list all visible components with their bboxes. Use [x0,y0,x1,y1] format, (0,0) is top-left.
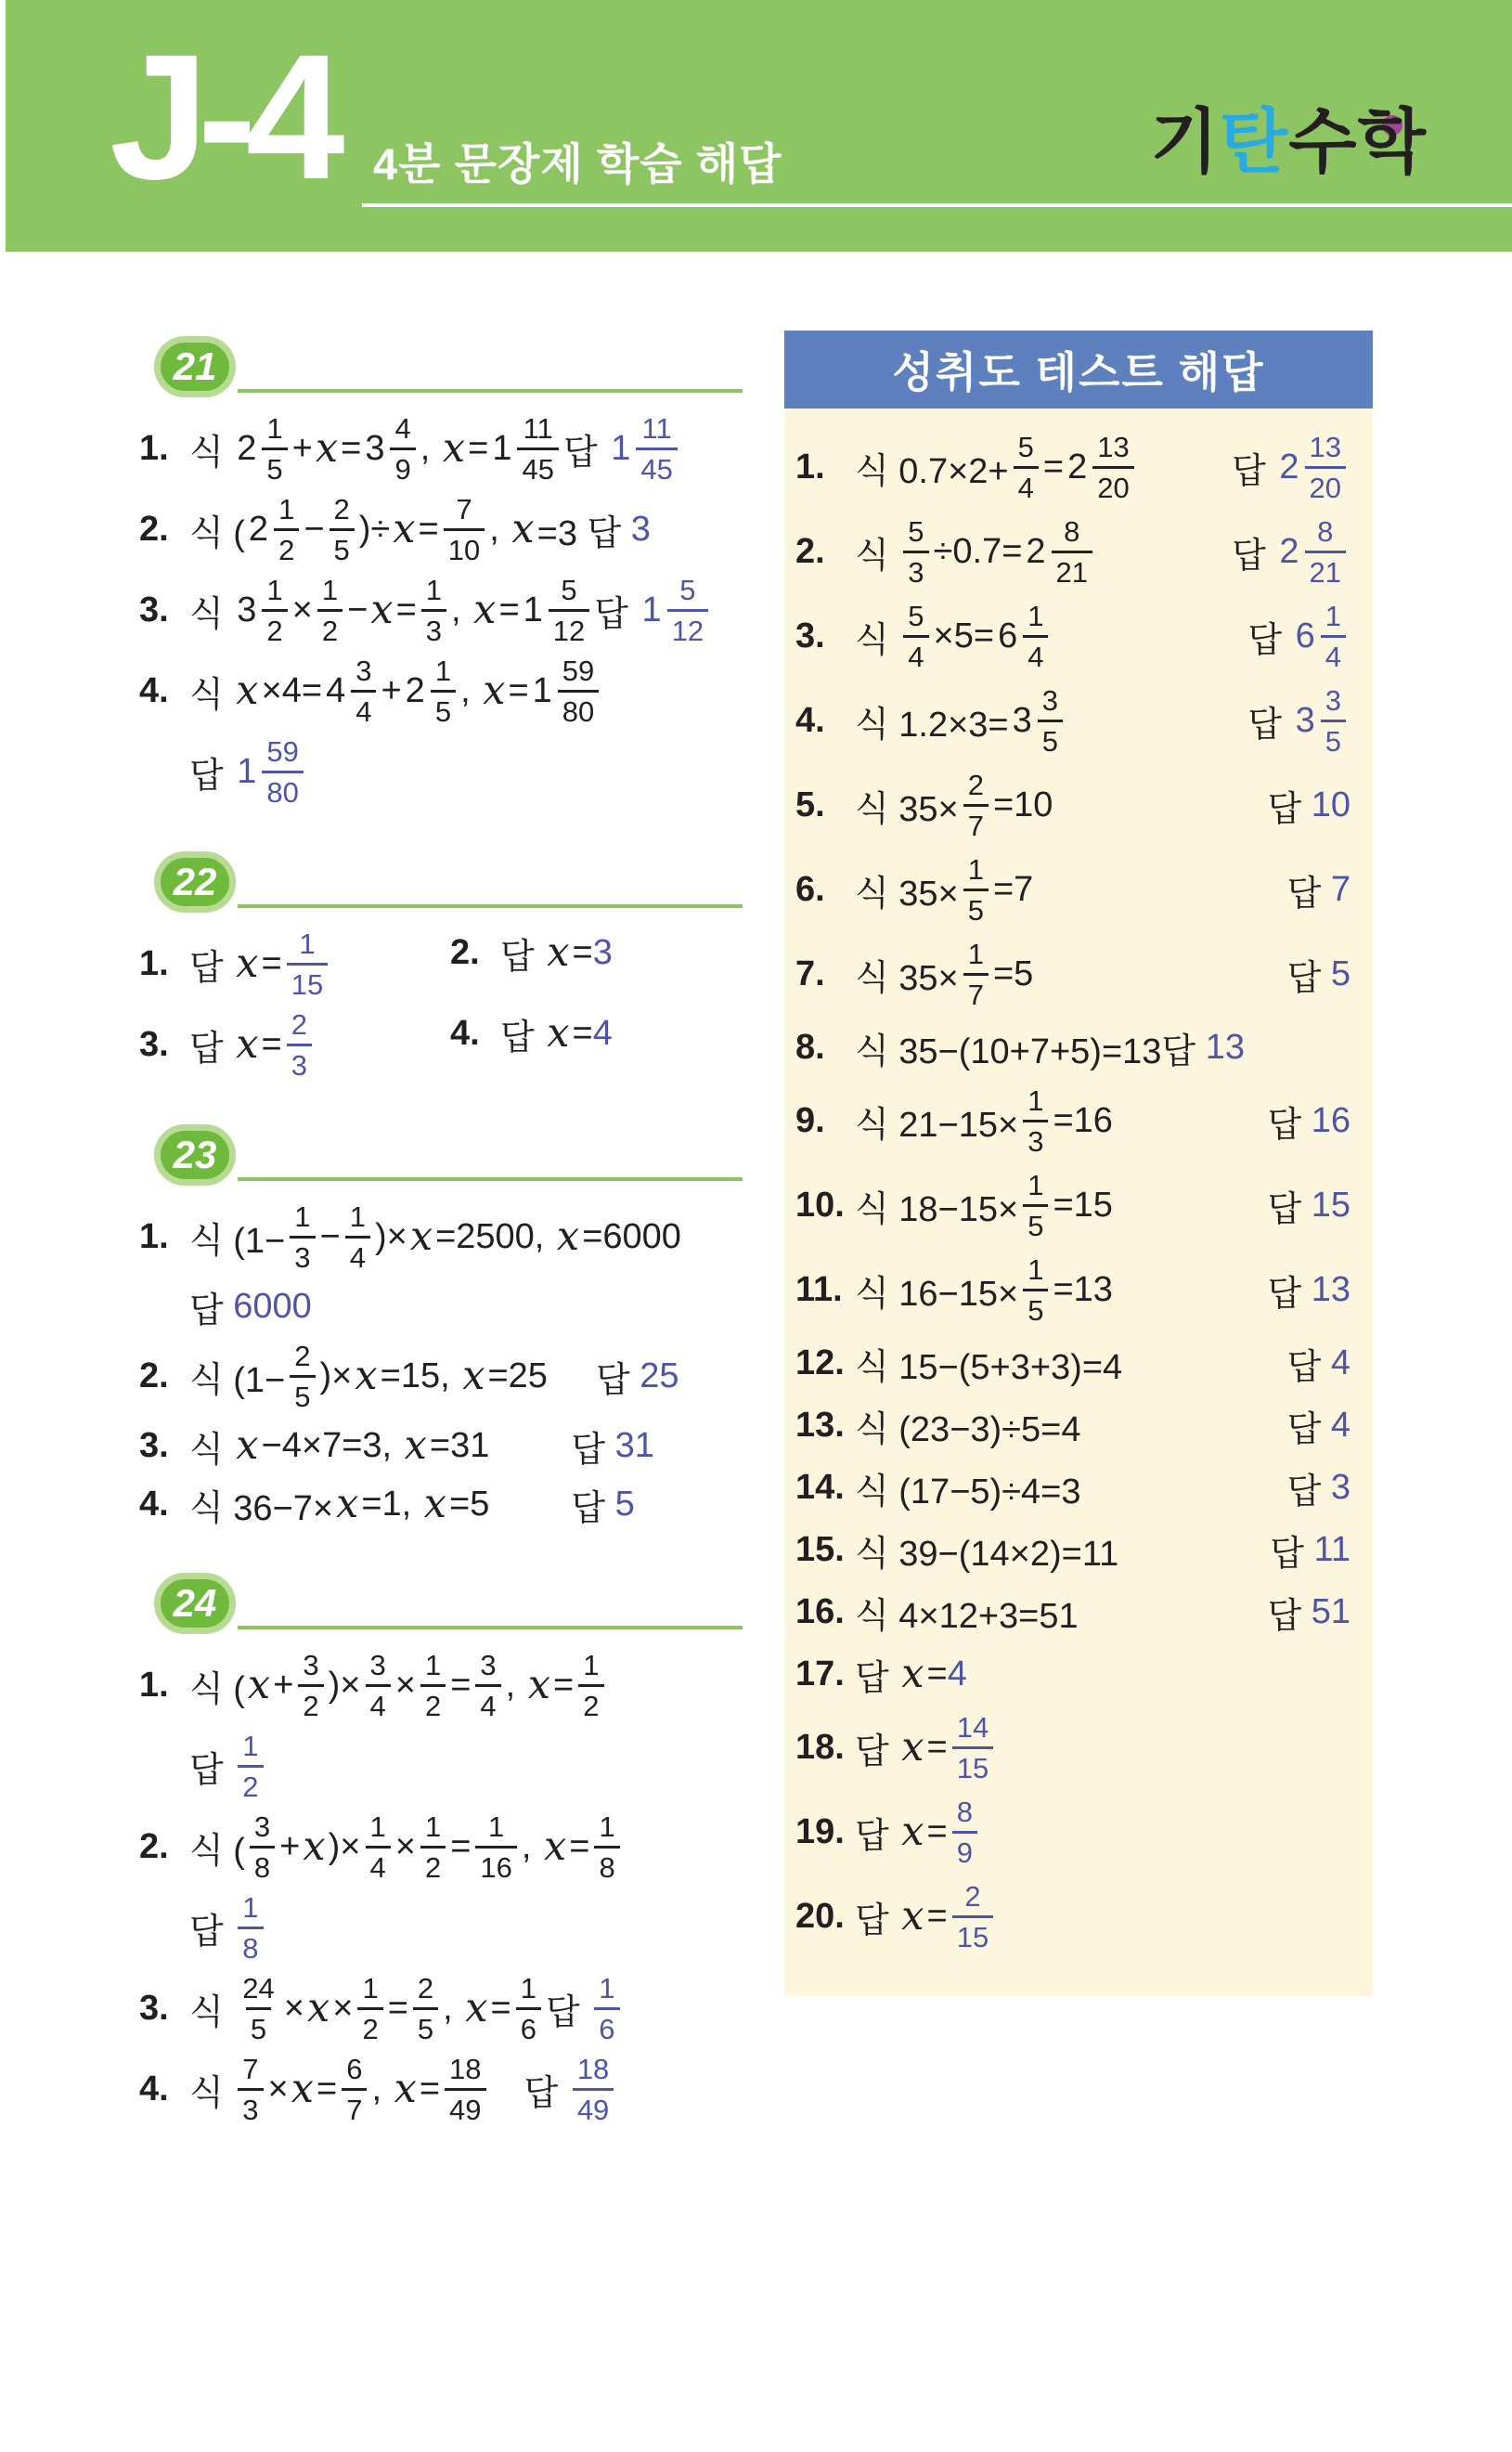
math-text: 식 [189,666,233,717]
math-fraction: 54 [1014,433,1039,502]
fraction-numerator: 1 [578,1651,603,1684]
math-variable-x: x [557,1217,579,1257]
math-text: 답 [1287,1462,1331,1513]
fraction-denominator: 8 [250,1846,275,1882]
math-text: 51 [1312,1592,1350,1632]
math-text: 5 [615,1485,635,1524]
item-number: 8. [795,1028,855,1068]
math-variable-x: x [236,1025,258,1065]
answer-row: 3.식 54×5=614답 614 [795,594,1358,679]
fraction-denominator: 80 [558,690,599,726]
math-whole-number: 1 [237,752,256,792]
math-variable-x: x [544,1827,566,1867]
logo-char: 수 [1288,108,1357,178]
math-fraction: 34 [475,1651,500,1720]
answer-line: 3.식 245×x×12=25, x=16답 16 [139,1968,743,2049]
math-text: × [284,1989,304,2029]
math-text: 3 [1331,1468,1350,1508]
answer-item: 3.답 x=23 [139,1005,450,1085]
math-fraction: 89 [952,1797,977,1867]
item-number: 17. [795,1654,855,1694]
math-text: 답 [1247,695,1291,746]
answer-item: 2.식 (38+x)×14×12=116, x=18답 18 [139,1807,743,1968]
math-fraction: 1145 [517,414,558,484]
fraction-denominator: 5 [963,889,989,925]
item-number: 3. [795,616,855,656]
math-text: =3 답 [537,504,631,555]
math-text: 답 [855,1722,898,1773]
math-variable-x: x [303,1827,325,1867]
math-fraction: 1320 [1092,433,1133,502]
math-variable-x: x [236,1426,258,1466]
math-expression: 식 215+x=349, x=11145답 11145 [189,412,682,486]
math-fraction: 5980 [262,737,303,807]
fraction-numerator: 3 [1038,686,1063,720]
item-number: 3. [139,1989,189,2029]
math-fraction: 13 [1023,1086,1048,1156]
fraction-denominator: 3 [238,2088,263,2124]
math-text: ×4= [262,671,323,711]
math-text: )× [375,1217,407,1257]
math-expression: 식 (38+x)×14×12=116, x=18 [189,1810,625,1884]
math-variable-x: x [248,1666,270,1706]
math-fraction: 1320 [1305,433,1346,502]
math-fraction: 17 [963,940,989,1009]
math-text: 답 [189,1902,233,1953]
fraction-denominator: 21 [1052,551,1092,587]
math-text: 13 [1312,1270,1350,1310]
logo-char: 학 [1358,108,1427,178]
math-variable-x: x [901,1812,924,1852]
math-text: 답 [189,746,233,798]
section-badge-row: 23 [139,1124,743,1186]
math-text: =31 [430,1426,489,1466]
math-text: 식 21−15× [855,1096,1018,1147]
math-text: 13 [1206,1028,1245,1068]
fraction-numerator: 3 [351,656,376,690]
answer: 답 335 [1247,684,1358,758]
math-whole-number: 3 [1013,701,1032,741]
answer-line: 2.답 x=3 [450,924,743,982]
math-fraction: 821 [1052,517,1092,587]
math-text: 식 18−15× [855,1180,1018,1231]
math-text: ×5= [934,616,995,656]
answer-row: 10.식 18−15×15=15답 15 [795,1163,1358,1248]
math-fraction: 54 [903,602,928,671]
fraction-denominator: 10 [444,528,485,564]
math-text: = [927,1897,948,1937]
fraction-denominator: 2 [238,1765,263,1801]
math-fraction: 512 [549,576,589,645]
math-text: = [262,944,282,984]
fraction-denominator: 4 [1014,466,1039,502]
section-badge-row: 21 [139,336,743,397]
math-text: =5 [449,1485,489,1524]
math-text: 식 ( [189,504,245,555]
item-number: 2. [795,532,855,572]
answer-item: 2.답 x=3 [450,924,743,1005]
fraction-denominator: 3 [1023,1120,1048,1156]
math-text: 4 [1331,1343,1350,1383]
fraction-numerator: 1 [274,495,299,528]
item-number: 1. [139,429,189,469]
math-text: 식 (1− [189,1351,285,1402]
math-fraction: 15 [963,855,989,925]
math-text: 4 [948,1654,967,1694]
fraction-numerator: 2 [413,1974,438,2007]
math-text: , [460,671,480,711]
answer-item: 2.식 (1−25)×x=15, x=25답 25 [139,1336,743,1417]
section-rule [238,389,743,393]
math-text: 답 [571,1479,614,1530]
item-number: 2. [450,933,500,973]
fraction-denominator: 5 [246,2007,271,2043]
math-expression: 식 (1−13−14)×x=2500, x=6000 [189,1200,681,1274]
fraction-denominator: 4 [366,1846,391,1882]
math-text: 식 36−7× [189,1479,333,1530]
math-text: 6000 [233,1287,312,1327]
fraction-numerator: 1 [421,576,446,609]
item-number: 4. [139,671,189,711]
logo-char: 탄 [1220,108,1288,178]
math-text: 식 35−(10+7+5)=13 [855,1022,1161,1073]
fraction-denominator: 5 [1038,720,1063,756]
math-variable-x: x [547,933,569,973]
fraction-numerator: 5 [1014,433,1039,466]
math-text: 7 [1331,870,1350,910]
item-number: 1. [139,1666,189,1706]
fraction-denominator: 3 [290,1236,315,1272]
fraction-denominator: 2 [274,528,299,564]
math-text: 식 35× [855,949,959,1000]
math-text: + [381,671,401,711]
fraction-numerator: 59 [262,737,303,771]
math-variable-x: x [547,1014,569,1054]
answer-section-22: 221.답 x=1152.답 x=33.답 x=234.답 x=4 [139,851,743,1085]
math-fraction: 53 [903,517,928,587]
math-whole-number: 1 [642,590,662,630]
math-expression: 식 36−7×x=1, x=5답 5 [189,1479,635,1530]
answer-line: 2.식 (38+x)×14×12=116, x=18 [139,1807,743,1888]
math-variable-x: x [236,671,258,711]
math-text: 답 [189,1019,233,1070]
math-whole-number: 3 [1296,701,1315,741]
math-text: 답 [1267,1265,1311,1316]
item-number: 2. [139,1356,189,1396]
math-variable-x: x [370,590,393,630]
fraction-numerator: 1 [963,940,989,973]
fraction-denominator: 4 [351,690,376,726]
math-text: 식 ( [189,1660,245,1711]
spacer [548,1376,596,1377]
equation: 식 39−(14×2)=11 [855,1524,1118,1576]
fraction-denominator: 21 [1305,551,1346,587]
math-fraction: 1415 [952,1713,993,1783]
fraction-numerator: 11 [519,414,558,448]
math-variable-x: x [443,429,465,469]
item-number: 19. [795,1812,855,1852]
answer-section-21: 211.식 215+x=349, x=11145답 111452.식 (212−… [139,336,743,812]
math-text: 답 [500,928,544,979]
fraction-denominator: 2 [298,1684,323,1720]
fraction-numerator: 5 [903,517,928,551]
math-expression: 답 x=4 [500,1008,613,1059]
equation: 식 0.7×2+54=21320 [855,431,1139,504]
fraction-numerator: 13 [1305,433,1346,466]
answer-item: 1.식 215+x=349, x=11145답 11145 [139,409,743,489]
fraction-denominator: 20 [1305,466,1346,502]
answer-item: 3.식 312×12−x=13, x=1512답 1512 [139,570,743,651]
answer-row: 15.식 39−(14×2)=11답 11 [795,1519,1358,1581]
math-whole-number: 3 [237,590,256,630]
achievement-test-title: 성취도 테스트 해답 [784,331,1373,409]
math-text: = [573,933,593,973]
math-fraction: 245 [238,1974,278,2043]
math-text: , [451,590,471,630]
answer-row: 14.식 (17−5)÷4=3답 3 [795,1457,1358,1519]
math-text: 답 [1267,780,1311,831]
fraction-denominator: 4 [475,1684,500,1720]
equation: 식 35−(10+7+5)=13 [855,1022,1161,1073]
math-text: − [347,590,368,630]
fraction-numerator: 1 [290,1202,315,1236]
fraction-numerator: 1 [594,1812,619,1846]
math-expression: 답 x=23 [189,1008,317,1082]
fraction-denominator: 5 [413,2007,438,2043]
fraction-denominator: 8 [594,1846,619,1882]
fraction-numerator: 1 [1023,1171,1048,1204]
math-text: = [927,1728,948,1768]
answer: 답 10 [1267,780,1358,831]
fraction-numerator: 1 [431,656,456,690]
math-text: )× [320,1356,353,1396]
fraction-denominator: 2 [357,2007,382,2043]
math-fraction: 35 [1321,686,1346,756]
equation: 식 54×5=614 [855,600,1053,673]
math-fraction: 23 [287,1010,312,1080]
fraction-numerator: 2 [960,1882,985,1915]
section-badge: 22 [154,851,236,913]
math-text: 답 [524,2064,568,2115]
answer-line: 4.식 73×x=67, x=1849답 1849 [139,2049,743,2130]
math-variable-x: x [394,2069,417,2109]
math-fraction: 14 [345,1202,370,1272]
math-text: 답 [1270,1524,1313,1576]
answer-line: 1.식 215+x=349, x=11145답 11145 [139,409,743,489]
math-text: 답 [855,1807,898,1858]
answer-row: 7.식 35×17=5답 5 [795,932,1358,1017]
answer: 답 7 [1287,864,1358,915]
math-expression: 식 245×x×12=25, x=16답 16 [189,1972,625,2045]
fraction-denominator: 45 [517,448,558,484]
math-text: 답 [1287,1400,1331,1451]
math-expression: 식 x−4×7=3, x=31답 31 [189,1421,654,1472]
answer-line: 답 12 [139,1726,743,1807]
fraction-denominator: 5 [1023,1289,1048,1325]
math-text: 답 [596,1351,640,1402]
math-fraction: 25 [413,1974,438,2043]
math-fraction: 512 [667,576,708,645]
answer: 답 5 [1287,949,1358,1000]
achievement-test-answers: 1.식 0.7×2+54=21320답 213202.식 53÷0.7=2821… [784,409,1373,1996]
fraction-denominator: 7 [963,804,989,840]
answer: 답 2821 [1232,515,1358,589]
fraction-denominator: 5 [290,1375,315,1411]
section-badge: 24 [154,1573,236,1634]
answer: 답 3 [1287,1462,1358,1513]
equation: 식 21−15×13=16 [855,1084,1113,1158]
fraction-denominator: 16 [475,1846,516,1882]
math-fraction: 12 [357,1974,382,2043]
fraction-numerator: 13 [1092,433,1133,466]
math-text: , [489,510,509,550]
equation: 식 35×17=5 [855,938,1033,1011]
answer: 답 4 [1287,1400,1358,1451]
math-variable-x: x [901,1654,924,1694]
fraction-denominator: 3 [903,551,928,587]
item-number: 5. [795,785,855,825]
fraction-denominator: 15 [952,1915,993,1952]
fraction-numerator: 5 [903,602,928,635]
math-variable-x: x [528,1666,550,1706]
answer-row: 19.답 x=89 [795,1790,1358,1875]
fraction-denominator: 6 [594,2007,619,2043]
math-text: =13 [1053,1270,1112,1310]
fraction-denominator: 9 [952,1831,977,1867]
answer-item: 1.답 x=115 [139,924,450,1005]
answer-line: 3.답 x=23 [139,1005,450,1085]
fraction-numerator: 59 [558,656,599,690]
math-text: 식 [855,611,898,662]
math-whole-number: 1 [492,429,511,469]
math-text: × [395,1827,416,1867]
section-items: 1.식 215+x=349, x=11145답 111452.식 (212−25… [139,409,743,812]
fraction-numerator: 1 [262,576,287,609]
fraction-numerator: 1 [238,1732,263,1765]
math-text: = [341,429,361,469]
header-underline [362,203,1512,207]
math-fraction: 35 [1038,686,1063,756]
math-whole-number: 6 [1296,616,1315,656]
fraction-denominator: 2 [262,609,287,645]
item-number: 18. [795,1728,855,1768]
item-number: 3. [139,590,189,630]
series-code: J-4 [110,28,334,206]
item-number: 3. [139,1025,189,1065]
fraction-numerator: 14 [952,1713,993,1746]
math-fraction: 1849 [445,2055,485,2124]
fraction-denominator: 5 [431,690,456,726]
fraction-numerator: 8 [952,1797,977,1831]
math-fraction: 115 [287,929,328,999]
math-fraction: 34 [366,1651,391,1720]
header-subtitle: 4분 문장제 학습 해답 [373,130,782,192]
item-number: 15. [795,1530,855,1570]
math-text: = [317,2069,337,2109]
math-fraction: 14 [366,1812,391,1882]
equation: 식 18−15×15=15 [855,1169,1113,1242]
section-items: 1.식 (1−13−14)×x=2500, x=6000답 60002.식 (1… [139,1197,743,1534]
math-text: 식 [189,1421,233,1472]
fraction-numerator: 1 [1023,1086,1048,1120]
math-fraction: 15 [1023,1255,1048,1325]
fraction-denominator: 45 [636,448,677,484]
math-text: × [292,590,313,630]
fraction-denominator: 8 [238,1927,263,1963]
math-expression: 답 15980 [189,735,308,809]
answer-row: 12.식 15−(5+3+3)=4답 4 [795,1332,1358,1395]
math-fraction: 18 [238,1893,263,1963]
fraction-numerator: 7 [451,495,476,528]
math-text: 답 [189,1281,233,1332]
math-text: 답 [189,1741,233,1792]
math-whole-number: 2 [1026,532,1045,572]
fraction-numerator: 1 [357,1974,382,2007]
item-number: 3. [139,1426,189,1466]
math-expression: 식 312×12−x=13, x=1512답 1512 [189,574,713,647]
math-text: 식 [189,423,233,474]
answer-line: 3.식 x−4×7=3, x=31답 31 [139,1417,743,1475]
item-number: 4. [795,701,855,741]
item-number: 9. [795,1101,855,1141]
math-text: , [420,429,440,469]
answer-line: 4.식 x×4=434+215, x=15980 [139,651,743,732]
answer: 답 x=1415 [855,1711,998,1784]
answer: 답 16 [1267,1096,1358,1147]
math-text: 식 (1− [189,1212,285,1263]
equation: 식 35×15=7 [855,853,1033,927]
answer-item: 1.식 (x+32)×34×12=34, x=12답 12 [139,1645,743,1807]
fraction-numerator: 1 [317,576,342,609]
fraction-numerator: 2 [330,495,355,528]
math-variable-x: x [316,429,338,469]
answer: 답 15 [1267,1180,1358,1231]
math-text: 식 [189,2064,233,2115]
math-fraction: 12 [238,1732,263,1801]
math-text: = [262,1025,282,1065]
answer: 답 x=89 [855,1796,982,1869]
math-text: −4×7=3, [262,1426,402,1466]
math-text: + [273,1666,293,1706]
item-number: 13. [795,1406,855,1446]
fraction-numerator: 1 [294,929,319,963]
math-text: 답 [1232,442,1275,493]
math-text: = [553,1666,574,1706]
answer-line: 1.식 (1−13−14)×x=2500, x=6000 [139,1197,743,1278]
math-text: 식 ( [189,1822,245,1873]
math-expression: 식 (x+32)×34×12=34, x=12 [189,1649,609,1722]
math-variable-x: x [424,1485,446,1524]
fraction-denominator: 4 [1023,635,1048,671]
math-fraction: 16 [594,1974,619,2043]
math-text: 답 [1161,1022,1205,1073]
math-fraction: 12 [262,576,287,645]
fraction-denominator: 7 [342,2088,367,2124]
math-expression: 답 12 [189,1730,268,1803]
fraction-numerator: 3 [298,1651,323,1684]
math-text: × [332,1989,353,2029]
answer-item: 4.식 x×4=434+215, x=15980답 15980 [139,651,743,812]
math-text: 25 [640,1356,678,1396]
math-fraction: 1849 [573,2055,614,2124]
fraction-numerator: 7 [238,2055,263,2088]
answer-row: 9.식 21−15×13=16답 16 [795,1079,1358,1163]
math-variable-x: x [483,671,505,711]
math-text: )÷ [359,510,391,550]
fraction-denominator: 5 [262,448,287,484]
achievement-test-panel: 성취도 테스트 해답 1.식 0.7×2+54=21320답 213202.식 … [784,331,1373,1996]
fraction-denominator: 9 [390,448,415,484]
